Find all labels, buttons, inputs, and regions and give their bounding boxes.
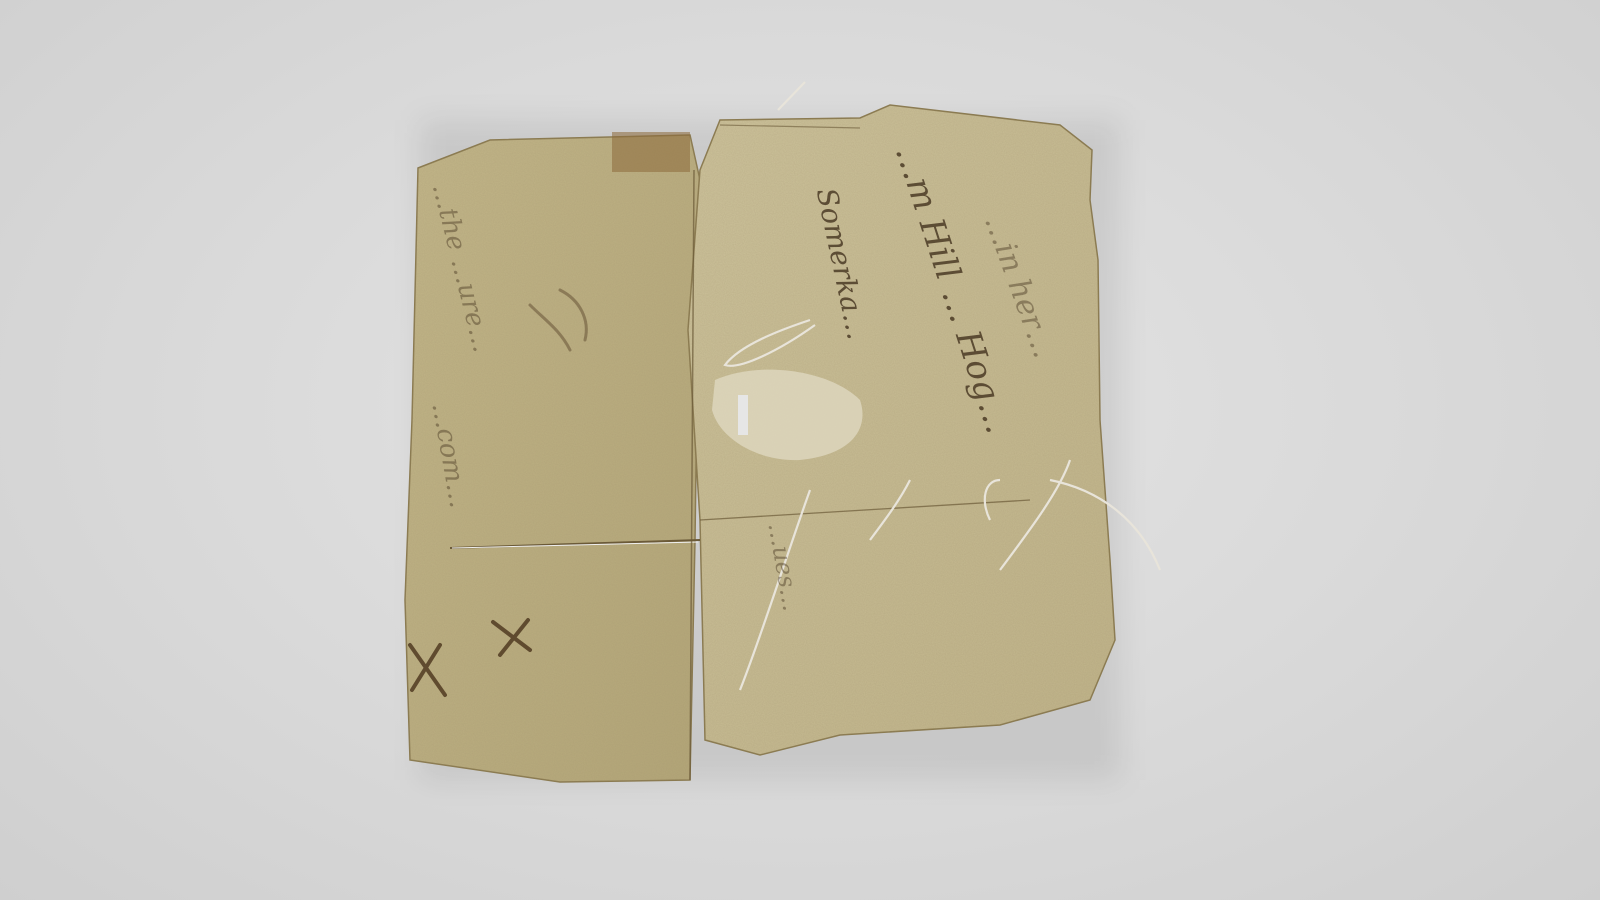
photo-scene: …m Hill … Hog… Somerka… …in her… …ues… …… xyxy=(0,0,1600,900)
document-fragment xyxy=(0,0,1600,900)
